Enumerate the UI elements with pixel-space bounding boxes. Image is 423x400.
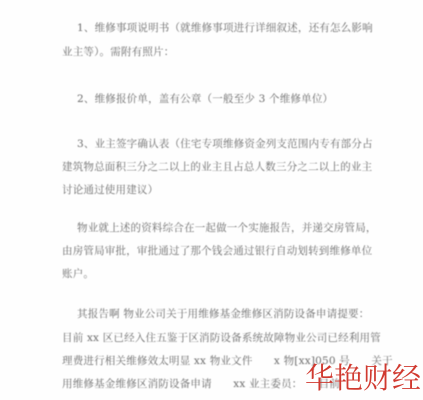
text-line: 讨论通过使用建议）	[62, 184, 158, 197]
text-line: 建筑物总面积三分之二以上的业主且占总人数三分之二以上的业主	[62, 161, 372, 174]
text-line: 目前 xx 区已经入住五鉴于区消防设备系统故障物业公司已经利用管	[62, 332, 381, 345]
text-line: 业主等）。需附有照片：	[62, 46, 174, 59]
document-page: 1、维修事项说明书（就维修事项进行详细叙述，还有怎么影响 业主等）。需附有照片：…	[0, 0, 423, 400]
text-line: 1、维修事项说明书（就维修事项进行详细叙述，还有怎么影响	[62, 22, 373, 35]
text-line: 2、维修报价单，盖有公章（一般至少 3 个维修单位）	[62, 93, 333, 106]
watermark: 华艳财经	[305, 362, 421, 394]
text-line: 账户。	[62, 268, 94, 281]
text-line: 其报告啊 物业公司关于用维修基金维修区消防设备申请提要：	[62, 308, 369, 321]
text-line: 3、业主签字确认表（住宅专项维修资金列支范围内专有部分占	[62, 138, 373, 151]
text-line: 用维修基金维修区消防设备申请 xx 业主委员： 目前	[62, 378, 340, 391]
text-line: 由房管局审批，审批通过了那个钱会通过银行自动划转到维修单位	[62, 245, 372, 258]
text-line: 物业就上述的资料综合在一起做一个实施报告，并递交房管局，	[62, 222, 377, 235]
